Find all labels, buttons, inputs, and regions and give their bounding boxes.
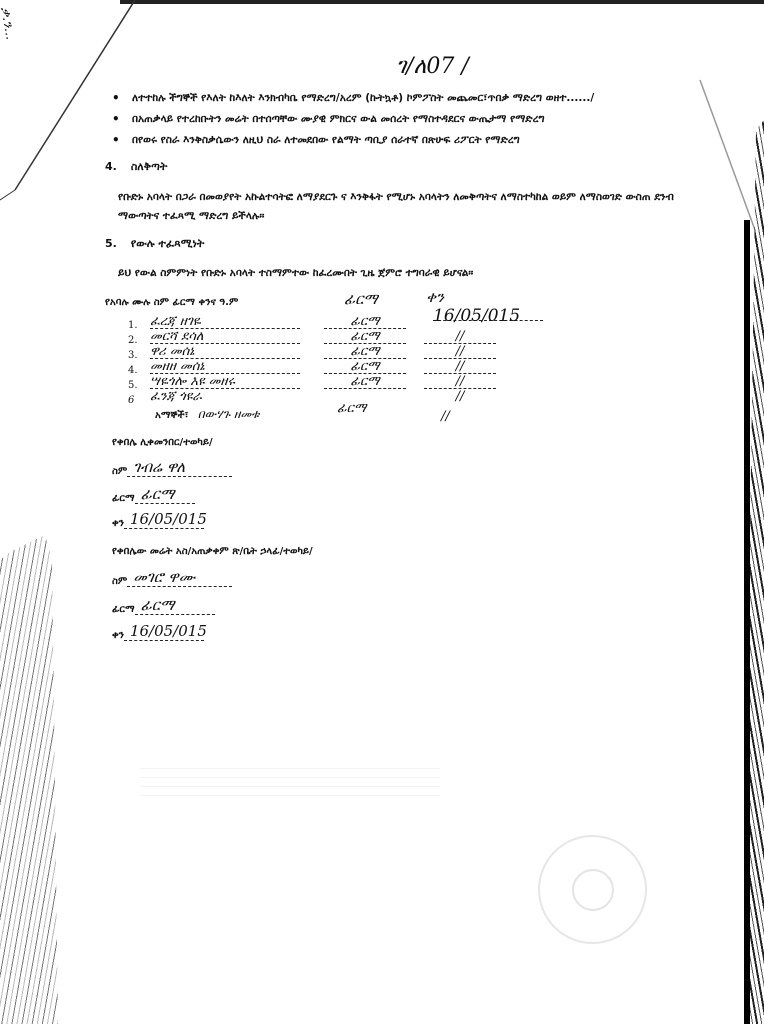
- bullet-item: በአጠቃላይ የተረከቡትን መሬት በተሰጣቸው ሙያዊ ምክርና ውል መሰ…: [112, 109, 594, 130]
- scan-right-border: [744, 220, 750, 1024]
- signature-value: ፊርማ: [141, 596, 175, 614]
- bullet-item: ለተተከሉ ችግኞች የእለት ከእለት እንክብካቤ የማድረግ/አረም (ኩ…: [112, 88, 594, 109]
- row-index: 5.: [128, 380, 138, 391]
- member-name: መዘዘ መሰኔ: [150, 359, 300, 374]
- kebele-chair-signature-field: ፊርማፊርማ: [112, 487, 195, 505]
- signature-label: ፊርማ: [112, 493, 135, 504]
- date-label: ቀን: [112, 630, 124, 641]
- date-column-header: ቀን: [426, 288, 444, 306]
- name-label: ስም: [112, 466, 127, 477]
- member-name: ሣዬጎሎ እዩ መዘሩ: [150, 374, 300, 389]
- duties-bullet-list: ለተተከሉ ችግኞች የእለት ከእለት እንክብካቤ የማድረግ/አረም (ኩ…: [112, 88, 594, 151]
- bleed-through-text: [140, 760, 440, 800]
- members-table-header: የአባሉ ሙሉ ስም ፊርማ ቀንና ዓ.ም: [105, 297, 238, 308]
- member-date: //: [424, 359, 496, 374]
- member-name: ፈንጃ ጎዩራ: [150, 389, 300, 403]
- member-name: ዋሪ መሰኔ: [150, 344, 300, 359]
- land-office-title: የቀበሌው መሬት አስ/አጠቃቀም ጽ/ቤት ኃላፊ/ተወካይ/: [112, 546, 313, 557]
- faded-stamp: [538, 835, 647, 944]
- kebele-chair-date-field: ቀን16/05/015: [112, 512, 204, 530]
- signature-value: ፊርማ: [141, 485, 175, 503]
- section-5-heading: 5. የውሉ ተፈጻሚነት: [105, 237, 204, 251]
- member-signature: ፊርማ: [324, 359, 406, 374]
- member-name: መርሻ ደሳለ: [150, 329, 300, 344]
- scan-top-edge: [120, 0, 764, 4]
- additional-member-row: አማኞች፣ በውሃጉ ዘመቱ ፊርማ //: [155, 403, 555, 423]
- member-signature: ፊርማ: [324, 314, 406, 329]
- handwritten-page-number: ገ/ለ07 /: [396, 54, 469, 79]
- land-office-name-field: ስምመገሮ ዋሙ: [112, 570, 232, 588]
- note-name: በውሃጉ ዘመቱ: [198, 407, 260, 421]
- section-4-body: የቡድኑ አባላት በጋራ በመወያየት አኩልተሳትፎ ለማያደርጉ ና እን…: [118, 188, 698, 226]
- note-label: አማኞች፣: [155, 410, 189, 421]
- members-signature-table: 1. ፈረጃ ዘገዬ ፊርማ 16/05/015 2. መርሻ ደሳለ ፊርማ …: [128, 318, 528, 408]
- kebele-chair-name-field: ስምገብሬ ዋለ: [112, 460, 232, 478]
- corner-note: ቃ.ን...: [0, 6, 18, 41]
- row-index: 2.: [128, 335, 138, 346]
- bullet-item: በየወሩ የስራ እንቅስቃሴውን ለዚህ ስራ ለተመደበው የልማት ጣቢያ…: [112, 130, 594, 151]
- member-signature: ፊርማ: [324, 374, 406, 389]
- note-signature: ፊርማ: [337, 401, 366, 416]
- date-label: ቀን: [112, 518, 124, 529]
- member-date: //: [424, 329, 496, 344]
- land-office-signature-field: ፊርማፊርማ: [112, 598, 215, 616]
- member-date: 16/05/015: [433, 306, 543, 321]
- signature-column-header: ፊርማ: [344, 290, 378, 308]
- member-date: //: [424, 374, 496, 389]
- row-index: 4.: [128, 365, 138, 376]
- row-index: 6: [128, 395, 134, 406]
- section-4-heading: 4. ስለቅጣት: [105, 160, 167, 174]
- name-label: ስም: [112, 576, 127, 587]
- section-5-body: ይህ የውል ስምምነት የቡድኑ አባላት ተስማምተው ከፈረሙበት ጊዜ …: [118, 264, 698, 283]
- member-date: //: [424, 344, 496, 359]
- row-index: 3.: [128, 350, 138, 361]
- section-title: የውሉ ተፈጻሚነት: [131, 237, 204, 250]
- section-number: 5.: [105, 237, 127, 250]
- kebele-chair-title: የቀበሌ ሊቀመንበር/ተወካይ/: [112, 437, 213, 448]
- member-name: ፈረጃ ዘገዬ: [150, 314, 300, 329]
- name-value: መገሮ ዋሙ: [133, 568, 195, 586]
- signature-label: ፊርማ: [112, 604, 135, 615]
- member-signature: ፊርማ: [324, 329, 406, 344]
- section-number: 4.: [105, 160, 127, 173]
- date-value: 16/05/015: [130, 510, 207, 528]
- scan-left-edge: [0, 0, 60, 1024]
- date-value: 16/05/015: [130, 622, 207, 640]
- member-signature: ፊርማ: [324, 344, 406, 359]
- member-date: //: [424, 389, 496, 403]
- land-office-date-field: ቀን16/05/015: [112, 624, 204, 642]
- section-title: ስለቅጣት: [131, 160, 167, 173]
- name-value: ገብሬ ዋለ: [133, 458, 185, 476]
- row-index: 1.: [128, 320, 138, 331]
- note-date: //: [441, 409, 450, 424]
